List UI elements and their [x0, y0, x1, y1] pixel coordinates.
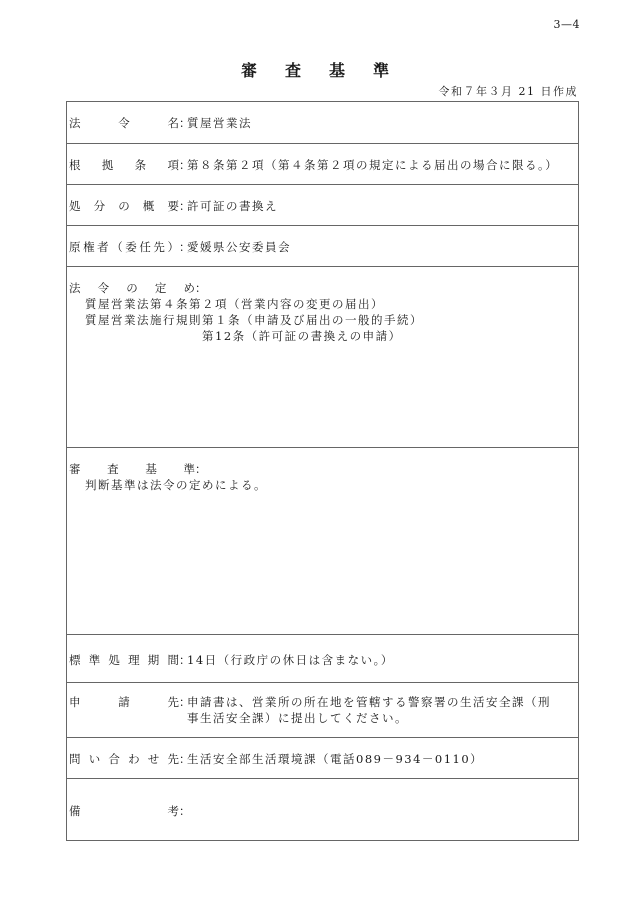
- title-char: 審: [241, 58, 257, 81]
- row-law-provisions: 法令の定め ： 質屋営業法第４条第２項（営業内容の変更の届出） 質屋営業法施行規…: [67, 267, 578, 448]
- label-remarks: 備考: [67, 803, 179, 819]
- value-law-name: 質屋営業法: [187, 115, 252, 131]
- label-application-to: 申請先: [67, 694, 179, 710]
- provision-line: 質屋営業法第４条第２項（営業内容の変更の届出）: [67, 296, 578, 312]
- criteria-table: 法令名 ： 質屋営業法 根拠条項 ： 第８条第２項（第４条第２項の規定による届出…: [66, 101, 579, 841]
- row-criteria: 審査基準 ： 判断基準は法令の定めによる。: [67, 448, 578, 635]
- row-inquiry: 問い合わせ先 ： 生活安全部生活環境課（電話089－934－0110）: [67, 738, 578, 779]
- label-law-provisions: 法令の定め: [67, 280, 195, 296]
- page-number: 3—4: [554, 18, 581, 31]
- label-processing-period: 標準処理期間: [67, 652, 179, 668]
- row-authority: 原権者（委任先） ： 愛媛県公安委員会: [67, 226, 578, 267]
- document-title: 審査基準: [0, 58, 630, 81]
- title-char: 準: [373, 58, 389, 81]
- row-application-to: 申請先 ： 申請書は、営業所の所在地を管轄する警察署の生活安全課（刑 事生活安全…: [67, 683, 578, 738]
- row-remarks: 備考 ：: [67, 779, 578, 840]
- value-inquiry: 生活安全部生活環境課（電話089－934－0110）: [187, 751, 483, 767]
- value-basis: 第８条第２項（第４条第２項の規定による届出の場合に限る。）: [187, 157, 558, 173]
- row-law-name: 法令名 ： 質屋営業法: [67, 102, 578, 144]
- row-basis: 根拠条項 ： 第８条第２項（第４条第２項の規定による届出の場合に限る。）: [67, 144, 578, 185]
- label-authority: 原権者（委任先）: [67, 239, 179, 255]
- label-basis: 根拠条項: [67, 157, 179, 173]
- label-summary: 処分の概要: [67, 198, 179, 214]
- label-criteria: 審査基準: [67, 461, 195, 477]
- label-inquiry: 問い合わせ先: [67, 751, 179, 767]
- row-summary: 処分の概要 ： 許可証の書換え: [67, 185, 578, 226]
- value-application-to: 申請書は、営業所の所在地を管轄する警察署の生活安全課（刑: [187, 694, 551, 710]
- value-processing-period: 14日（行政庁の休日は含まない。）: [187, 652, 394, 668]
- provision-line: 質屋営業法施行規則第１条（申請及び届出の一般的手続）: [67, 312, 578, 328]
- provision-line: 第12条（許可証の書換えの申請）: [67, 328, 578, 344]
- title-char: 査: [285, 58, 301, 81]
- title-char: 基: [329, 58, 345, 81]
- value-summary: 許可証の書換え: [187, 198, 278, 214]
- value-authority: 愛媛県公安委員会: [187, 239, 291, 255]
- row-processing-period: 標準処理期間 ： 14日（行政庁の休日は含まない。）: [67, 635, 578, 683]
- created-date: 令和７年３月 21 日作成: [439, 83, 579, 99]
- value-application-to-cont: 事生活安全課）に提出してください。: [67, 710, 578, 726]
- criteria-line: 判断基準は法令の定めによる。: [67, 477, 578, 493]
- label-law-name: 法令名: [67, 115, 179, 131]
